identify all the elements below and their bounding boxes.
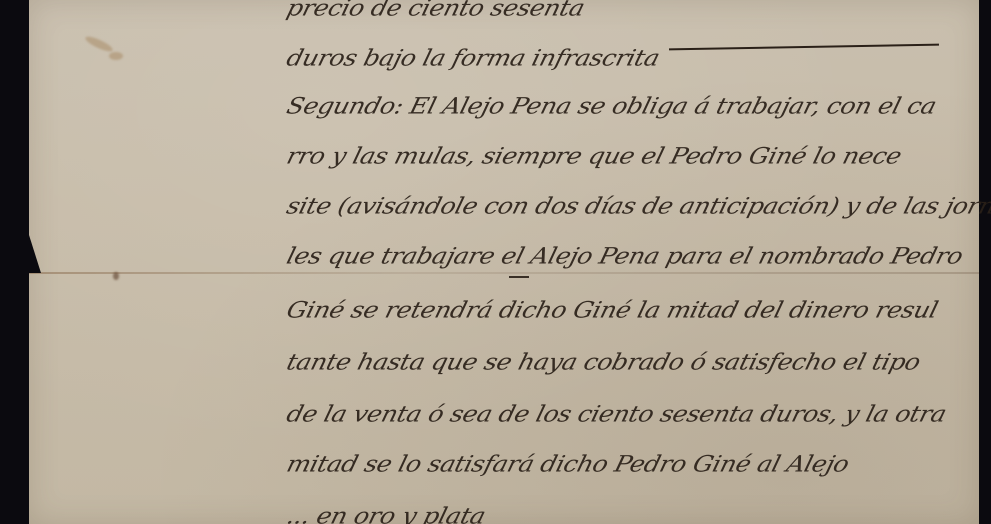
text-line: mitad se lo satisfará dicho Pedro Giné a… bbox=[284, 451, 852, 477]
paper-stain bbox=[109, 52, 123, 60]
handwritten-text-block: precio de ciento sesenta duros bajo la f… bbox=[284, 0, 984, 524]
manuscript-page: precio de ciento sesenta duros bajo la f… bbox=[29, 0, 979, 524]
text-line: Segundo: El Alejo Pena se obliga á traba… bbox=[284, 93, 939, 119]
scan-background-left bbox=[0, 0, 30, 524]
text-line: les que trabajare el Alejo Pena para el … bbox=[284, 243, 966, 269]
paper-edge-tear bbox=[29, 235, 41, 273]
text-line: precio de ciento sesenta bbox=[284, 0, 587, 21]
text-line: tante hasta que se haya cobrado ó satisf… bbox=[284, 349, 923, 375]
text-line: ... en oro y plata bbox=[284, 503, 488, 524]
underline-mark bbox=[509, 276, 529, 278]
paper-stain bbox=[84, 34, 115, 54]
paper-stain bbox=[113, 272, 119, 280]
filler-line bbox=[669, 44, 939, 51]
text-line: de la venta ó sea de los ciento sesenta … bbox=[284, 401, 949, 427]
text-line: duros bajo la forma infrascrita bbox=[284, 45, 662, 71]
text-line: rro y las mulas, siempre que el Pedro Gi… bbox=[284, 143, 904, 169]
text-line: Giné se retendrá dicho Giné la mitad del… bbox=[284, 297, 941, 323]
text-line: site (avisándole con dos días de anticip… bbox=[284, 193, 991, 219]
